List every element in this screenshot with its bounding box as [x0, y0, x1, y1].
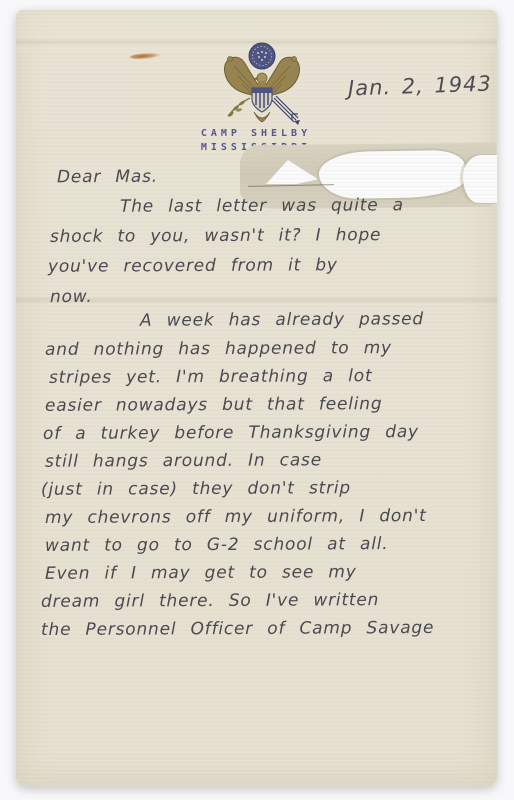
handwritten-line: now. — [50, 287, 93, 307]
torn-hole-large — [319, 150, 466, 200]
handwritten-line: The last letter was quite a — [120, 195, 404, 216]
torn-hole-right-edge — [463, 155, 497, 203]
handwritten-line: the Personnel Officer of Camp Savage — [41, 618, 434, 640]
handwritten-line: A week has already passed — [140, 309, 424, 330]
handwritten-line: want to go to G-2 school at all. — [45, 534, 389, 556]
handwritten-line: stripes yet. I'm breathing a lot — [49, 366, 372, 388]
letter-paper: CAMP SHELBY MISSISSIPPI Jan. 2, 1943 Dea… — [16, 10, 497, 786]
handwritten-line: easier nowadays but that feeling — [45, 394, 383, 416]
handwritten-line: and nothing has happened to my — [45, 338, 392, 360]
letterhead-camp-name: CAMP SHELBY — [146, 128, 366, 139]
handwritten-line: Even if I may get to see my — [45, 562, 357, 584]
handwritten-line: still hangs around. In case — [45, 450, 322, 471]
handwritten-line: Dear Mas. — [57, 167, 158, 188]
rust-spot — [130, 52, 160, 60]
handwritten-line: dream girl there. So I've written — [41, 590, 379, 612]
handwritten-line: you've recovered from it by — [48, 255, 338, 277]
handwritten-line: of a turkey before Thanksgiving day — [43, 422, 419, 444]
handwritten-line: (just in case) they don't strip — [41, 478, 351, 500]
handwritten-line: my chevrons off my uniform, I don't — [45, 506, 427, 528]
great-seal-eagle-icon — [214, 36, 310, 128]
handwritten-line: shock to you, wasn't it? I hope — [50, 225, 381, 247]
letter-date: Jan. 2, 1943 — [348, 71, 493, 100]
